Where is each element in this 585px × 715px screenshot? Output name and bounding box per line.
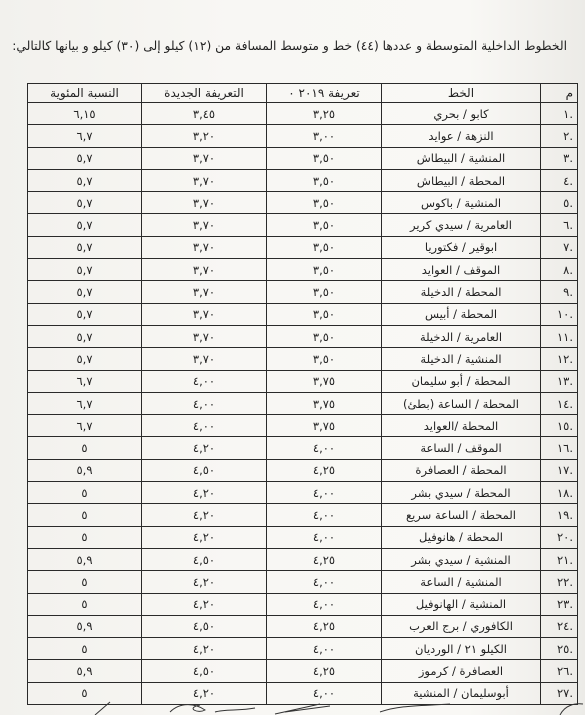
- table-row: .٣المنشية / البيطاش٣,٥٠٣,٧٠٥,٧: [28, 147, 578, 169]
- row-num: .٢١: [541, 548, 578, 570]
- row-tariff-2019: ٣,٥٠: [267, 259, 382, 281]
- row-line: المحطة / البيطاش: [382, 169, 541, 191]
- table-row: .٢٠المحطة / هانوفيل٤,٠٠٤,٢٠٥: [28, 526, 578, 548]
- row-tariff-2019: ٤,٢٥: [267, 459, 382, 481]
- table-body: .١كابو / بحري٣,٢٥٣,٤٥٦,١٥.٢النزهة / عواي…: [28, 103, 578, 705]
- row-line: المحطة / العصافرة: [382, 459, 541, 481]
- row-tariff-2019: ٣,٧٥: [267, 392, 382, 414]
- table-row: .٤المحطة / البيطاش٣,٥٠٣,٧٠٥,٧: [28, 169, 578, 191]
- table-header-row: م الخط تعريفة ٢٠١٩ ٠ التعريفة الجديدة ال…: [28, 84, 578, 103]
- row-num: .١٧: [541, 459, 578, 481]
- row-percentage: ٥: [28, 482, 142, 504]
- row-line: المنشية / باكوس: [382, 192, 541, 214]
- row-percentage: ٥,٧: [28, 259, 142, 281]
- header-new-tariff: التعريفة الجديدة: [142, 84, 267, 103]
- row-num: .٢٢: [541, 571, 578, 593]
- row-new-tariff: ٤,٢٠: [142, 638, 267, 660]
- row-line: المنشية / الدخيلة: [382, 348, 541, 370]
- row-new-tariff: ٤,٢٠: [142, 437, 267, 459]
- row-tariff-2019: ٣,٠٠: [267, 125, 382, 147]
- row-line: المحطة / أبو سليمان: [382, 370, 541, 392]
- table-row: .١٩المحطة / الساعة سريع٤,٠٠٤,٢٠٥: [28, 504, 578, 526]
- row-num: .١٦: [541, 437, 578, 459]
- row-percentage: ٦,٧: [28, 392, 142, 414]
- table-row: .٢٥الكيلو ٢١ / الورديان٤,٠٠٤,٢٠٥: [28, 638, 578, 660]
- row-percentage: ٦,٧: [28, 125, 142, 147]
- row-percentage: ٥: [28, 638, 142, 660]
- row-tariff-2019: ٤,٢٥: [267, 548, 382, 570]
- row-new-tariff: ٤,٠٠: [142, 415, 267, 437]
- row-tariff-2019: ٤,٢٥: [267, 660, 382, 682]
- row-line: النزهة / عوايد: [382, 125, 541, 147]
- signature-scribbles-icon: [0, 700, 585, 715]
- row-percentage: ٦,٧: [28, 370, 142, 392]
- table-row: .٢٦العصافرة / كرموز٤,٢٥٤,٥٠٥,٩: [28, 660, 578, 682]
- row-new-tariff: ٣,٧٠: [142, 192, 267, 214]
- row-num: .١٨: [541, 482, 578, 504]
- row-percentage: ٥: [28, 526, 142, 548]
- row-tariff-2019: ٣,٥٠: [267, 169, 382, 191]
- row-new-tariff: ٣,٧٠: [142, 259, 267, 281]
- row-line: الموقف / العوايد: [382, 259, 541, 281]
- row-num: .٦: [541, 214, 578, 236]
- row-num: .١: [541, 103, 578, 125]
- row-num: .٢٣: [541, 593, 578, 615]
- row-tariff-2019: ٤,٠٠: [267, 638, 382, 660]
- row-percentage: ٥: [28, 593, 142, 615]
- row-num: .١٤: [541, 392, 578, 414]
- header-line: الخط: [382, 84, 541, 103]
- row-percentage: ٦,١٥: [28, 103, 142, 125]
- row-tariff-2019: ٣,٥٠: [267, 348, 382, 370]
- row-tariff-2019: ٤,٠٠: [267, 526, 382, 548]
- row-line: المنشية / الساعة: [382, 571, 541, 593]
- row-tariff-2019: ٣,٧٥: [267, 415, 382, 437]
- row-new-tariff: ٣,٧٠: [142, 281, 267, 303]
- table-row: .١٢المنشية / الدخيلة٣,٥٠٣,٧٠٥,٧: [28, 348, 578, 370]
- header-percentage: النسبة المئوية: [28, 84, 142, 103]
- row-new-tariff: ٣,٧٠: [142, 303, 267, 325]
- row-new-tariff: ٤,٥٠: [142, 660, 267, 682]
- row-line: المحطة / الساعة سريع: [382, 504, 541, 526]
- row-line: الكيلو ٢١ / الورديان: [382, 638, 541, 660]
- row-line: المحطة /العوايد: [382, 415, 541, 437]
- row-num: .١٩: [541, 504, 578, 526]
- row-line: المنشية / الهانوفيل: [382, 593, 541, 615]
- table-row: .٢١المنشية / سيدي بشر٤,٢٥٤,٥٠٥,٩: [28, 548, 578, 570]
- tariff-table: م الخط تعريفة ٢٠١٩ ٠ التعريفة الجديدة ال…: [27, 83, 578, 705]
- row-num: .٢٦: [541, 660, 578, 682]
- row-line: الكافوري / برج العرب: [382, 615, 541, 637]
- row-line: المحطة / سيدي بشر: [382, 482, 541, 504]
- row-tariff-2019: ٤,٠٠: [267, 482, 382, 504]
- row-line: ابوقير / فكتوريا: [382, 236, 541, 258]
- row-percentage: ٥,٩: [28, 615, 142, 637]
- row-tariff-2019: ٣,٥٠: [267, 214, 382, 236]
- row-tariff-2019: ٤,٠٠: [267, 437, 382, 459]
- row-num: .٢: [541, 125, 578, 147]
- row-new-tariff: ٣,٧٠: [142, 147, 267, 169]
- row-new-tariff: ٣,٧٠: [142, 214, 267, 236]
- row-tariff-2019: ٣,٥٠: [267, 281, 382, 303]
- table-row: .١٨المحطة / سيدي بشر٤,٠٠٤,٢٠٥: [28, 482, 578, 504]
- row-new-tariff: ٤,٢٠: [142, 526, 267, 548]
- row-percentage: ٥,٧: [28, 214, 142, 236]
- row-num: .٤: [541, 169, 578, 191]
- table-row: .١٦الموقف / الساعة٤,٠٠٤,٢٠٥: [28, 437, 578, 459]
- row-line: المنشية / سيدي بشر: [382, 548, 541, 570]
- row-new-tariff: ٤,٥٠: [142, 615, 267, 637]
- table-row: .٧ابوقير / فكتوريا٣,٥٠٣,٧٠٥,٧: [28, 236, 578, 258]
- row-tariff-2019: ٣,٥٠: [267, 147, 382, 169]
- row-line: العصافرة / كرموز: [382, 660, 541, 682]
- row-new-tariff: ٣,٧٠: [142, 169, 267, 191]
- table-row: .٢٢المنشية / الساعة٤,٠٠٤,٢٠٥: [28, 571, 578, 593]
- table-row: .١٧المحطة / العصافرة٤,٢٥٤,٥٠٥,٩: [28, 459, 578, 481]
- row-line: العامرية / الدخيلة: [382, 325, 541, 347]
- row-num: .١٣: [541, 370, 578, 392]
- row-tariff-2019: ٣,٧٥: [267, 370, 382, 392]
- row-percentage: ٥,٧: [28, 236, 142, 258]
- table-row: .١٣المحطة / أبو سليمان٣,٧٥٤,٠٠٦,٧: [28, 370, 578, 392]
- row-percentage: ٦,٧: [28, 415, 142, 437]
- row-percentage: ٥,٩: [28, 548, 142, 570]
- table-row: .٥المنشية / باكوس٣,٥٠٣,٧٠٥,٧: [28, 192, 578, 214]
- row-new-tariff: ٤,٠٠: [142, 370, 267, 392]
- header-tariff-2019: تعريفة ٢٠١٩ ٠: [267, 84, 382, 103]
- table-row: .١١العامرية / الدخيلة٣,٥٠٣,٧٠٥,٧: [28, 325, 578, 347]
- row-percentage: ٥,٩: [28, 459, 142, 481]
- row-percentage: ٥,٧: [28, 281, 142, 303]
- row-num: .٩: [541, 281, 578, 303]
- row-line: المحطة / أبيس: [382, 303, 541, 325]
- row-num: .٨: [541, 259, 578, 281]
- table-row: .٨الموقف / العوايد٣,٥٠٣,٧٠٥,٧: [28, 259, 578, 281]
- row-tariff-2019: ٤,٠٠: [267, 593, 382, 615]
- row-new-tariff: ٤,٢٠: [142, 504, 267, 526]
- row-percentage: ٥,٧: [28, 325, 142, 347]
- row-line: المحطة / هانوفيل: [382, 526, 541, 548]
- row-tariff-2019: ٣,٥٠: [267, 325, 382, 347]
- row-percentage: ٥,٧: [28, 303, 142, 325]
- table-row: .٢النزهة / عوايد٣,٠٠٣,٢٠٦,٧: [28, 125, 578, 147]
- row-percentage: ٥,٧: [28, 147, 142, 169]
- row-line: المحطة / الساعة (بطئ): [382, 392, 541, 414]
- row-tariff-2019: ٣,٥٠: [267, 192, 382, 214]
- row-tariff-2019: ٣,٥٠: [267, 303, 382, 325]
- row-percentage: ٥,٩: [28, 660, 142, 682]
- row-new-tariff: ٤,٥٠: [142, 459, 267, 481]
- row-line: كابو / بحري: [382, 103, 541, 125]
- row-new-tariff: ٤,٠٠: [142, 392, 267, 414]
- row-new-tariff: ٣,٧٠: [142, 325, 267, 347]
- table-row: .٢٣المنشية / الهانوفيل٤,٠٠٤,٢٠٥: [28, 593, 578, 615]
- row-tariff-2019: ٣,٥٠: [267, 236, 382, 258]
- table-row: .١٥المحطة /العوايد٣,٧٥٤,٠٠٦,٧: [28, 415, 578, 437]
- row-num: .٢٤: [541, 615, 578, 637]
- table-row: .١٤المحطة / الساعة (بطئ)٣,٧٥٤,٠٠٦,٧: [28, 392, 578, 414]
- row-tariff-2019: ٤,٠٠: [267, 571, 382, 593]
- row-num: .٣: [541, 147, 578, 169]
- row-new-tariff: ٣,٤٥: [142, 103, 267, 125]
- row-percentage: ٥,٧: [28, 348, 142, 370]
- row-tariff-2019: ٤,٠٠: [267, 504, 382, 526]
- row-line: العامرية / سيدي كرير: [382, 214, 541, 236]
- row-num: .١١: [541, 325, 578, 347]
- row-num: .٧: [541, 236, 578, 258]
- row-line: المحطة / الدخيلة: [382, 281, 541, 303]
- row-tariff-2019: ٣,٢٥: [267, 103, 382, 125]
- table-row: .٢٤الكافوري / برج العرب٤,٢٥٤,٥٠٥,٩: [28, 615, 578, 637]
- row-new-tariff: ٣,٧٠: [142, 348, 267, 370]
- row-new-tariff: ٣,٧٠: [142, 236, 267, 258]
- row-num: .١٢: [541, 348, 578, 370]
- row-new-tariff: ٤,٢٠: [142, 482, 267, 504]
- row-new-tariff: ٤,٢٠: [142, 571, 267, 593]
- row-num: .٥: [541, 192, 578, 214]
- row-new-tariff: ٤,٥٠: [142, 548, 267, 570]
- row-percentage: ٥: [28, 571, 142, 593]
- row-percentage: ٥,٧: [28, 192, 142, 214]
- row-line: الموقف / الساعة: [382, 437, 541, 459]
- row-percentage: ٥: [28, 437, 142, 459]
- row-percentage: ٥,٧: [28, 169, 142, 191]
- row-percentage: ٥: [28, 504, 142, 526]
- row-tariff-2019: ٤,٢٥: [267, 615, 382, 637]
- row-num: .١٠: [541, 303, 578, 325]
- header-num: م: [541, 84, 578, 103]
- intro-text: الخطوط الداخلية المتوسطة و عددها (٤٤) خط…: [10, 39, 567, 53]
- table-row: .١كابو / بحري٣,٢٥٣,٤٥٦,١٥: [28, 103, 578, 125]
- table-row: .٦العامرية / سيدي كرير٣,٥٠٣,٧٠٥,٧: [28, 214, 578, 236]
- row-num: .١٥: [541, 415, 578, 437]
- table-row: .٩المحطة / الدخيلة٣,٥٠٣,٧٠٥,٧: [28, 281, 578, 303]
- row-new-tariff: ٣,٢٠: [142, 125, 267, 147]
- table-row: .١٠المحطة / أبيس٣,٥٠٣,٧٠٥,٧: [28, 303, 578, 325]
- scanned-document-page: الخطوط الداخلية المتوسطة و عددها (٤٤) خط…: [0, 0, 585, 715]
- row-num: .٢٠: [541, 526, 578, 548]
- row-num: .٢٥: [541, 638, 578, 660]
- signatures: [0, 700, 585, 715]
- row-line: المنشية / البيطاش: [382, 147, 541, 169]
- row-new-tariff: ٤,٢٠: [142, 593, 267, 615]
